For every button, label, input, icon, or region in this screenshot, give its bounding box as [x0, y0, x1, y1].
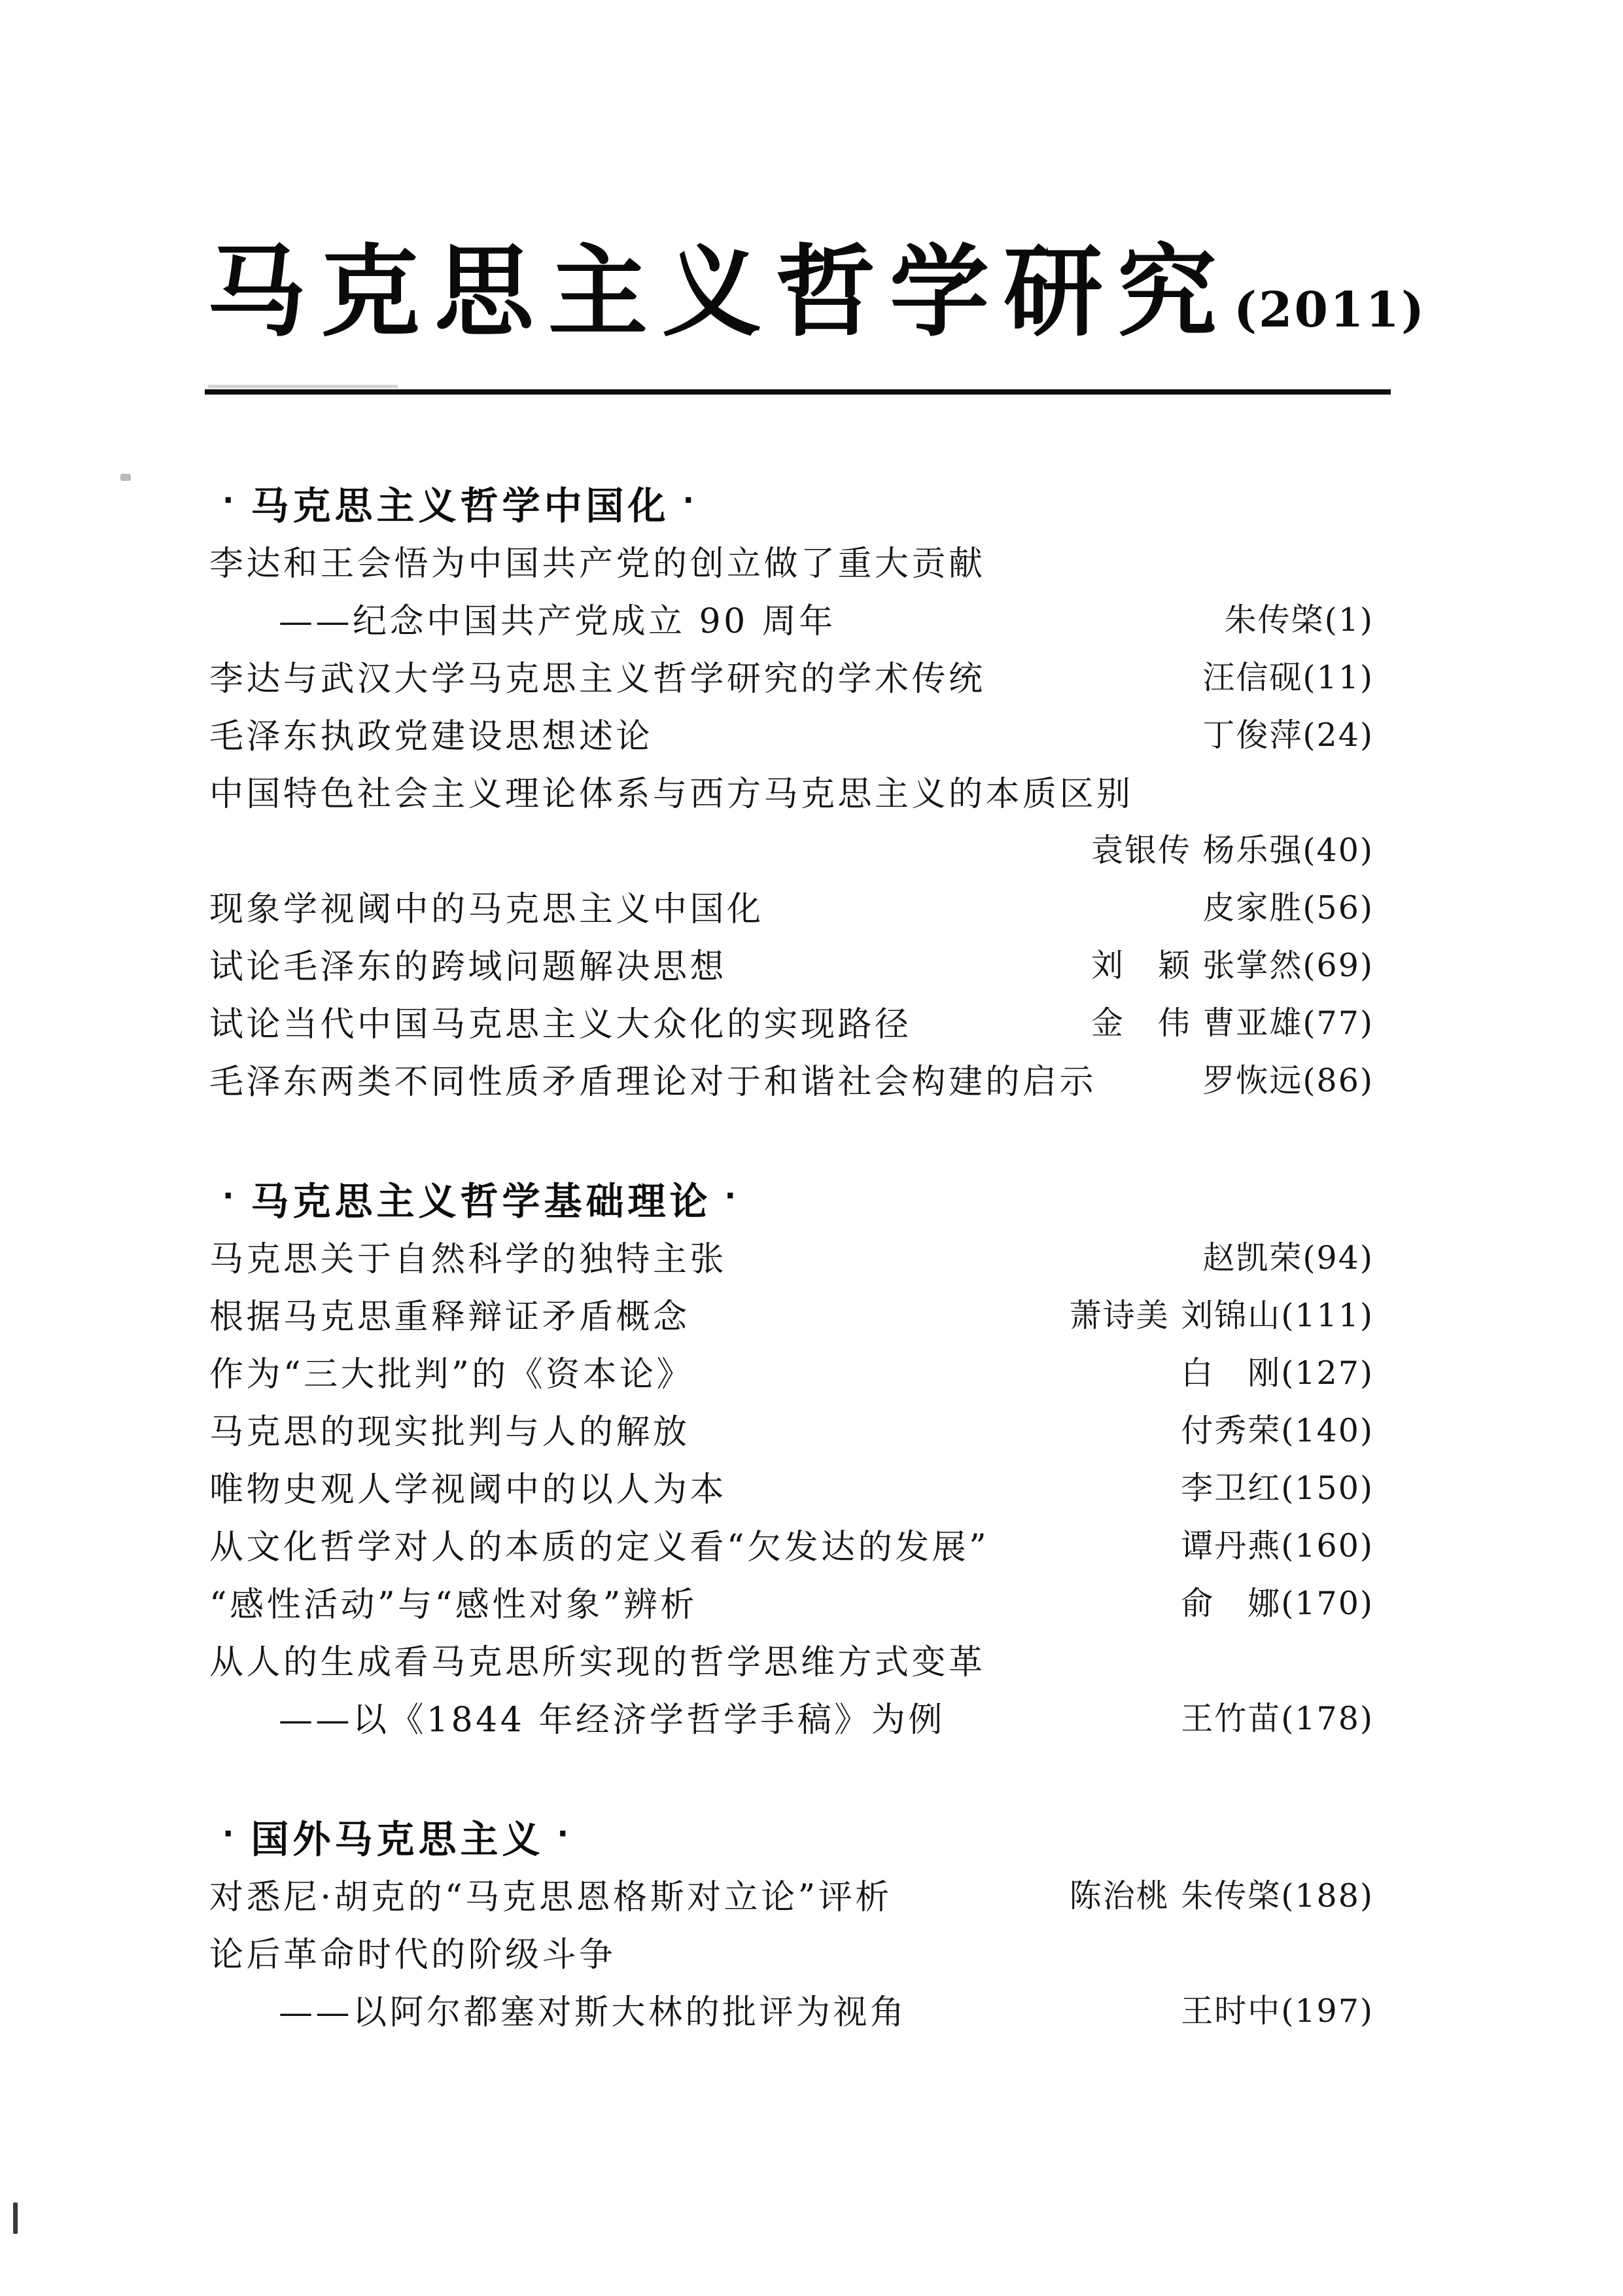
section-bullet-icon: · — [683, 482, 698, 518]
toc-entry-title: ——以阿尔都塞对斯大林的批评为视角 — [209, 1985, 907, 2034]
toc-row: 马克思关于自然科学的独特主张赵凯荣(94) — [209, 1227, 1374, 1284]
toc-row: 中国特色社会主义理论体系与西方马克思主义的本质区别 — [209, 762, 1374, 819]
toc-entry-author: 汪信砚(11) — [1202, 652, 1374, 698]
toc-entry-title: 试论毛泽东的跨域问题解决思想 — [209, 939, 727, 988]
toc-entry-title: 根据马克思重释辩证矛盾概念 — [209, 1289, 690, 1338]
toc-row: “感性活动”与“感性对象”辨析俞 娜(170) — [209, 1572, 1374, 1630]
toc-entry-title: 马克思关于自然科学的独特主张 — [209, 1231, 727, 1280]
section-bullet-icon: · — [222, 1816, 237, 1851]
section-header-row: ·马克思主义哲学中国化· — [209, 474, 1374, 531]
section-header-label: 国外马克思主义 — [251, 1809, 544, 1863]
toc-entry-author: 丁俊萍(24) — [1202, 710, 1374, 756]
section-bullet-icon: · — [222, 1178, 237, 1213]
toc-row: 试论当代中国马克思主义大众化的实现路径金 伟 曹亚雄(77) — [209, 992, 1374, 1050]
toc-row: 从文化哲学对人的本质的定义看“欠发达的发展”谭丹燕(160) — [209, 1515, 1374, 1572]
scanned-toc-page: 马克思主义哲学研究(2011) ·马克思主义哲学中国化·李达和王会悟为中国共产党… — [0, 0, 1623, 2296]
toc-row: 试论毛泽东的跨域问题解决思想刘 颖 张掌然(69) — [209, 934, 1374, 992]
book-title: 马克思主义哲学研究(2011) — [207, 239, 1426, 344]
section-header-row: ·国外马克思主义· — [209, 1807, 1374, 1865]
toc-entry-title: 现象学视阈中的马克思主义中国化 — [209, 881, 764, 930]
section-header: ·马克思主义哲学基础理论· — [209, 1171, 753, 1226]
section-bullet-icon: · — [725, 1178, 740, 1213]
section-header: ·马克思主义哲学中国化· — [209, 475, 711, 530]
toc-entry-title: 李达与武汉大学马克思主义哲学研究的学术传统 — [209, 651, 986, 700]
toc-entry-title: “感性活动”与“感性对象”辨析 — [209, 1577, 697, 1626]
toc-entry-author: 赵凯荣(94) — [1202, 1233, 1374, 1279]
section-header: ·国外马克思主义· — [209, 1809, 585, 1863]
toc-entry-title: ——以《1844 年经济学哲学手稿》为例 — [209, 1692, 945, 1741]
toc-entry-author: 陈治桃 朱传棨(188) — [1070, 1871, 1374, 1916]
toc-row: 对悉尼·胡克的“马克思恩格斯对立论”评析陈治桃 朱传棨(188) — [209, 1865, 1374, 1922]
toc-entry-author: 刘 颖 张掌然(69) — [1091, 940, 1374, 986]
toc-row: 袁银传 杨乐强(40) — [209, 819, 1374, 877]
title-divider-rule — [205, 389, 1391, 395]
toc-row: 马克思的现实批判与人的解放付秀荣(140) — [209, 1400, 1374, 1457]
toc-row: 现象学视阈中的马克思主义中国化皮家胜(56) — [209, 877, 1374, 934]
book-title-text: 马克思主义哲学研究 — [207, 233, 1231, 350]
section-bullet-icon: · — [557, 1816, 572, 1851]
toc-row: 从人的生成看马克思所实现的哲学思维方式变革 — [209, 1630, 1374, 1687]
toc-entry-author: 皮家胜(56) — [1202, 883, 1374, 928]
scan-artifact — [13, 2202, 18, 2234]
toc-entry-title: 马克思的现实批判与人的解放 — [209, 1404, 690, 1453]
toc-row: 毛泽东执政党建设思想述论丁俊萍(24) — [209, 704, 1374, 762]
toc-row: 根据马克思重释辩证矛盾概念萧诗美 刘锦山(111) — [209, 1284, 1374, 1342]
toc-row: 作为“三大批判”的《资本论》白 刚(127) — [209, 1342, 1374, 1400]
toc-entry-author: 王竹苗(178) — [1181, 1693, 1374, 1739]
toc-entry-author: 俞 娜(170) — [1181, 1578, 1374, 1624]
toc-entry-title: 从文化哲学对人的本质的定义看“欠发达的发展” — [209, 1519, 989, 1568]
toc-row: 唯物史观人学视阈中的以人为本李卫红(150) — [209, 1457, 1374, 1515]
toc-entry-author: 白 刚(127) — [1181, 1348, 1374, 1394]
toc-entry-author: 付秀荣(140) — [1181, 1405, 1374, 1451]
toc-row: 论后革命时代的阶级斗争 — [209, 1922, 1374, 1980]
scan-artifact — [208, 385, 398, 388]
scan-artifact — [120, 474, 131, 481]
toc-entry-title: 作为“三大批判”的《资本论》 — [209, 1347, 693, 1396]
toc-entry-author: 罗恢远(86) — [1202, 1055, 1374, 1101]
toc-entry-title: 试论当代中国马克思主义大众化的实现路径 — [209, 997, 912, 1046]
toc-entry-author: 朱传棨(1) — [1225, 595, 1374, 641]
section-header-label: 马克思主义哲学中国化 — [251, 475, 669, 530]
toc: ·马克思主义哲学中国化·李达和王会悟为中国共产党的创立做了重大贡献——纪念中国共… — [209, 474, 1374, 2038]
toc-row: ——以阿尔都塞对斯大林的批评为视角王时中(197) — [209, 1980, 1374, 2038]
toc-entry-author: 李卫红(150) — [1181, 1463, 1374, 1509]
section-header-label: 马克思主义哲学基础理论 — [251, 1171, 711, 1226]
toc-entry-title: 从人的生成看马克思所实现的哲学思维方式变革 — [209, 1634, 986, 1684]
toc-entry-title: 毛泽东两类不同性质矛盾理论对于和谐社会构建的启示 — [209, 1054, 1096, 1103]
toc-entry-title: 毛泽东执政党建设思想述论 — [209, 709, 653, 758]
toc-entry-title: 中国特色社会主义理论体系与西方马克思主义的本质区别 — [209, 766, 1134, 815]
toc-row: 李达和王会悟为中国共产党的创立做了重大贡献 — [209, 531, 1374, 589]
section-bullet-icon: · — [222, 482, 237, 518]
toc-entry-title: 论后革命时代的阶级斗争 — [209, 1927, 616, 1976]
book-title-edition: (2011) — [1234, 282, 1426, 338]
toc-entry-title: 对悉尼·胡克的“马克思恩格斯对立论”评析 — [209, 1869, 892, 1918]
toc-entry-author: 金 伟 曹亚雄(77) — [1091, 998, 1374, 1044]
section-header-row: ·马克思主义哲学基础理论· — [209, 1169, 1374, 1227]
toc-row: 李达与武汉大学马克思主义哲学研究的学术传统汪信砚(11) — [209, 646, 1374, 704]
toc-row: 毛泽东两类不同性质矛盾理论对于和谐社会构建的启示罗恢远(86) — [209, 1050, 1374, 1107]
toc-entry-author: 谭丹燕(160) — [1181, 1521, 1374, 1566]
toc-entry-author: 袁银传 杨乐强(40) — [1091, 825, 1374, 871]
toc-row: ——以《1844 年经济学哲学手稿》为例王竹苗(178) — [209, 1687, 1374, 1745]
toc-entry-title: 李达和王会悟为中国共产党的创立做了重大贡献 — [209, 536, 986, 585]
toc-entry-title: 唯物史观人学视阈中的以人为本 — [209, 1462, 727, 1511]
toc-row: ——纪念中国共产党成立 90 周年朱传棨(1) — [209, 589, 1374, 646]
toc-entry-title: ——纪念中国共产党成立 90 周年 — [209, 593, 836, 643]
toc-entry-author: 萧诗美 刘锦山(111) — [1070, 1290, 1374, 1336]
toc-entry-author: 王时中(197) — [1181, 1986, 1374, 2032]
